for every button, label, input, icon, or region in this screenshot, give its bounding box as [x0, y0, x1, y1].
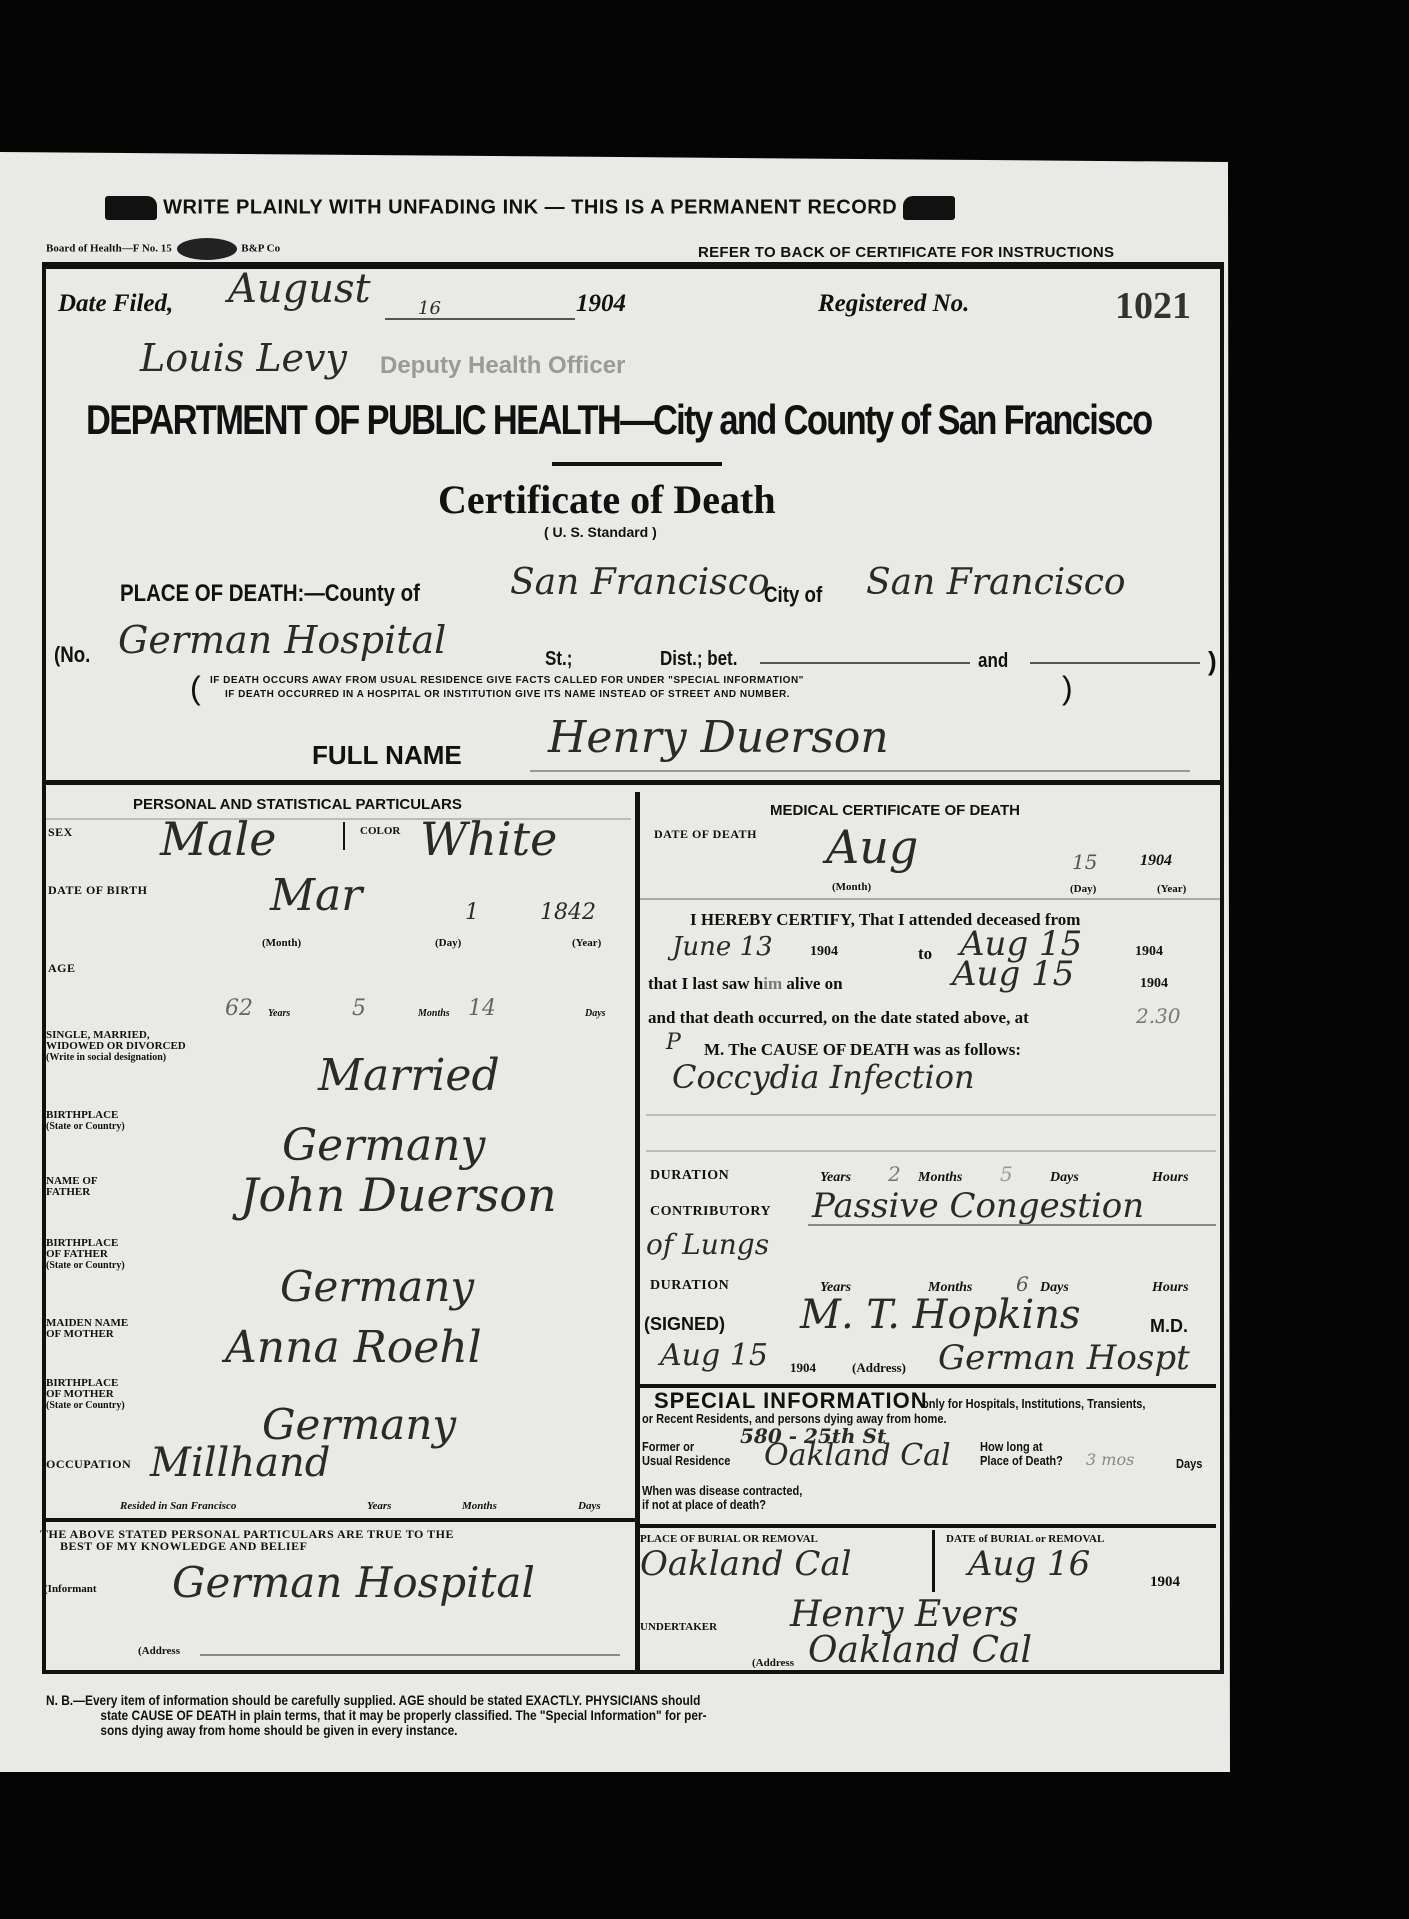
- residence-label: Former or Usual Residence: [642, 1440, 730, 1468]
- officer-title: Deputy Health Officer: [380, 352, 625, 380]
- cause-text: M. The CAUSE OF DEATH was as follows:: [704, 1040, 1021, 1060]
- md-label: M.D.: [1150, 1316, 1188, 1337]
- medical-heading: MEDICAL CERTIFICATE OF DEATH: [770, 802, 1020, 819]
- dod-month: Aug: [826, 820, 918, 874]
- birthplace-value: Germany: [282, 1120, 485, 1171]
- dob-year-caption: (Year): [572, 938, 601, 949]
- death-time: 2.30: [1136, 1004, 1181, 1028]
- informant-statement-2: BEST OF MY KNOWLEDGE AND BELIEF: [60, 1540, 307, 1552]
- pointing-hand-icon: [903, 196, 955, 220]
- city-value: San Francisco: [866, 562, 1126, 603]
- marital-label: SINGLE, MARRIED, WIDOWED OR DIVORCED (Wr…: [46, 1030, 186, 1063]
- department-title: DEPARTMENT OF PUBLIC HEALTH—City and Cou…: [86, 396, 1152, 444]
- occupation-label: OCCUPATION: [46, 1458, 131, 1470]
- resided-label: Resided in San Francisco: [120, 1500, 236, 1512]
- date-filed-year: 1904: [576, 290, 626, 318]
- attended-from: June 13: [672, 932, 773, 962]
- burial-date-value: Aug 16: [968, 1544, 1090, 1584]
- father-birthplace-value: Germany: [280, 1262, 474, 1311]
- sex-label: SEX: [48, 826, 73, 838]
- personal-heading: PERSONAL AND STATISTICAL PARTICULARS: [133, 796, 462, 813]
- contracted-label: When was disease contracted, if not at p…: [642, 1484, 802, 1512]
- special-subheading: only for Hospitals, Institutions, Transi…: [922, 1396, 1145, 1411]
- signed-label: (SIGNED): [644, 1314, 725, 1335]
- date-filed-day: 16: [418, 298, 441, 319]
- place-note-2: IF DEATH OCCURRED IN A HOSPITAL OR INSTI…: [225, 689, 790, 700]
- certificate-title: Certificate of Death: [438, 476, 776, 523]
- undertaker-value: Henry Evers: [790, 1594, 1018, 1635]
- age-days: 14: [468, 996, 496, 1021]
- occurred-text: and that death occurred, on the date sta…: [648, 1008, 1029, 1028]
- signed-date: Aug 15: [660, 1338, 768, 1373]
- mother-value: Anna Roehl: [225, 1322, 482, 1373]
- banner-text: WRITE PLAINLY WITH UNFADING INK — THIS I…: [163, 196, 897, 218]
- date-filed-label: Date Filed,: [58, 290, 173, 318]
- standard-note: ( U. S. Standard ): [544, 524, 657, 540]
- full-name-value: Henry Duerson: [548, 712, 889, 763]
- registered-number: 1021: [1115, 284, 1191, 328]
- dob-label: DATE OF BIRTH: [48, 884, 147, 896]
- dod-label: DATE OF DEATH: [654, 828, 757, 840]
- informant-address-label: (Address: [138, 1646, 180, 1657]
- institution-value: German Hospital: [118, 618, 446, 662]
- age-years: 62: [225, 996, 253, 1021]
- physician-signature: M. T. Hopkins: [800, 1292, 1081, 1338]
- informant-label: (Informant: [44, 1584, 97, 1595]
- cause-value: Coccydia Infection: [672, 1058, 975, 1096]
- mother-birthplace-label: BIRTHPLACE OF MOTHER (State or Country): [46, 1378, 125, 1411]
- residence-city: Oakland Cal: [764, 1438, 951, 1473]
- dob-month-caption: (Month): [262, 938, 301, 949]
- banner: WRITE PLAINLY WITH UNFADING INK — THIS I…: [105, 196, 955, 220]
- instructions-note: REFER TO BACK OF CERTIFICATE FOR INSTRUC…: [698, 244, 1114, 261]
- age-label: AGE: [48, 962, 76, 974]
- full-name-label: FULL NAME: [312, 740, 462, 771]
- father-label: NAME OF FATHER: [46, 1176, 98, 1198]
- birthplace-label: BIRTHPLACE (State or Country): [46, 1110, 125, 1132]
- undertaker-address-label: (Address: [752, 1658, 794, 1669]
- burial-place-value: Oakland Cal: [640, 1544, 852, 1584]
- sex-value: Male: [160, 812, 276, 866]
- father-birthplace-label: BIRTHPLACE OF FATHER (State or Country): [46, 1238, 125, 1271]
- contributory-value: Passive Congestion: [812, 1186, 1144, 1226]
- how-long-label: How long at Place of Death?: [980, 1440, 1063, 1468]
- dod-year: 1904: [1140, 852, 1172, 870]
- undertaker-label: UNDERTAKER: [640, 1622, 717, 1633]
- duration-label: DURATION: [650, 1170, 729, 1182]
- last-saw-date: Aug 15: [952, 954, 1074, 994]
- color-value: White: [420, 812, 557, 866]
- physician-address-label: (Address): [852, 1362, 906, 1373]
- dob-day-caption: (Day): [435, 938, 461, 949]
- physician-address: German Hospt: [938, 1338, 1190, 1378]
- informant-value: German Hospital: [172, 1558, 535, 1607]
- occupation-value: Millhand: [150, 1440, 330, 1486]
- pointing-hand-icon: [105, 196, 157, 220]
- duration-months: 2: [888, 1162, 901, 1186]
- place-note-1: IF DEATH OCCURS AWAY FROM USUAL RESIDENC…: [210, 675, 804, 686]
- registered-label: Registered No.: [818, 290, 969, 318]
- city-label: City of: [764, 582, 822, 608]
- undertaker-address-value: Oakland Cal: [808, 1630, 1032, 1671]
- dob-day: 1: [465, 900, 479, 925]
- footer-note: N. B.—Every item of information should b…: [46, 1693, 707, 1738]
- duration-2-label: DURATION: [650, 1280, 729, 1292]
- contributory-label: CONTRIBUTORY: [650, 1206, 771, 1218]
- dob-month: Mar: [270, 870, 362, 921]
- age-months: 5: [352, 996, 366, 1021]
- and-label: and: [978, 650, 1008, 673]
- mother-label: MAIDEN NAME OF MOTHER: [46, 1318, 128, 1340]
- color-label: COLOR: [360, 826, 400, 837]
- duration-days: 5: [1000, 1162, 1013, 1186]
- no-label: (No.: [54, 642, 90, 668]
- dist-label: Dist.; bet.: [660, 648, 737, 671]
- burial-year: 1904: [1150, 1574, 1180, 1591]
- how-long-value: 3 mos: [1086, 1450, 1134, 1469]
- date-filed-month: August: [228, 266, 371, 312]
- county-value: San Francisco: [510, 562, 770, 603]
- marital-value: Married: [318, 1050, 500, 1101]
- st-label: St.;: [545, 648, 572, 671]
- union-stamp-icon: [177, 238, 237, 260]
- form-id: Board of Health—F No. 15 B&P Co: [46, 238, 280, 260]
- contributory-value-2: of Lungs: [646, 1228, 769, 1261]
- place-of-death-label: PLACE OF DEATH:—County of: [120, 580, 420, 608]
- father-value: John Duerson: [240, 1168, 557, 1222]
- officer-signature: Louis Levy: [140, 336, 347, 380]
- dod-day: 15: [1072, 850, 1097, 874]
- meridiem: P: [666, 1030, 681, 1055]
- last-saw-text: that I last saw h: [648, 974, 763, 993]
- dob-year: 1842: [540, 900, 596, 925]
